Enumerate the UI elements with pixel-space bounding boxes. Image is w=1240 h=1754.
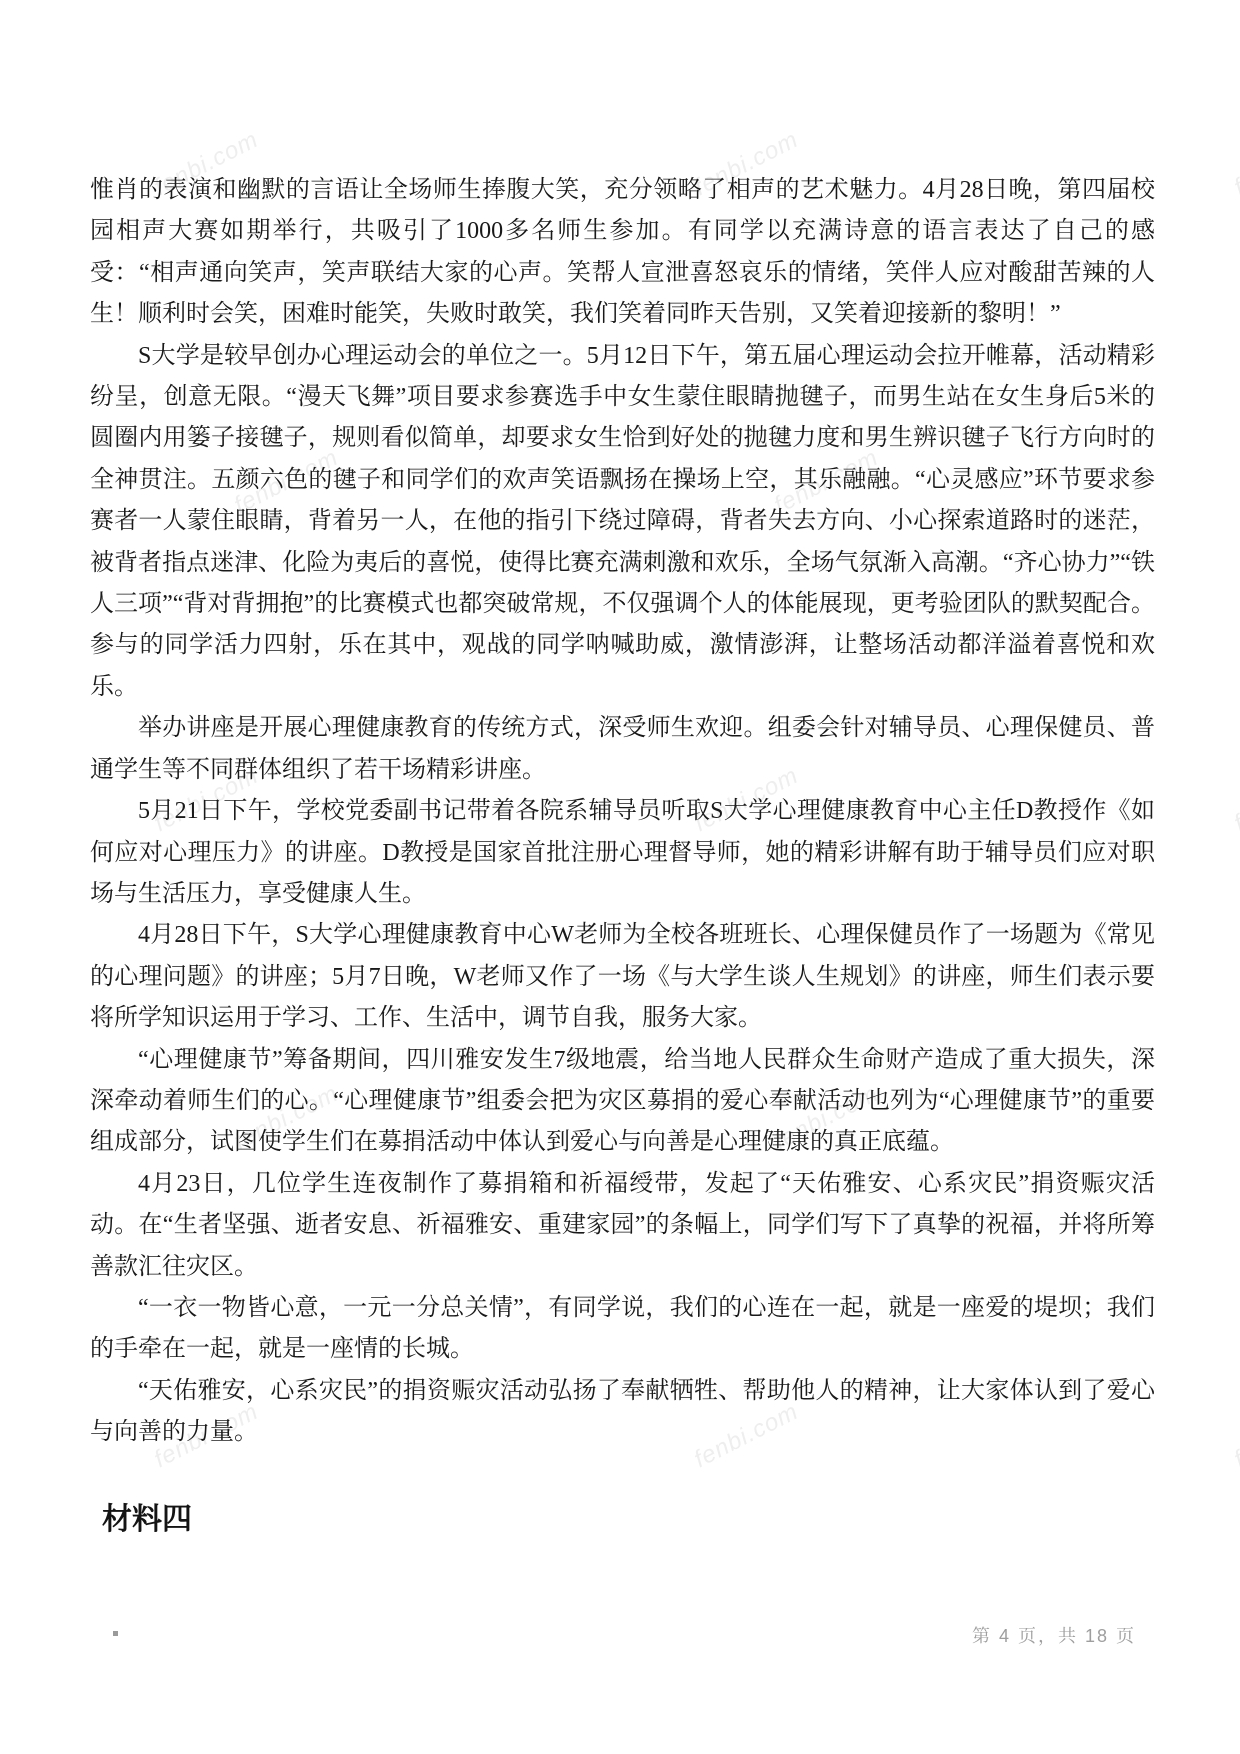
paragraph: 举办讲座是开展心理健康教育的传统方式，深受师生欢迎。组委会针对辅导员、心理保健员… <box>90 708 1155 791</box>
paragraph: 5月21日下午，学校党委副书记带着各院系辅导员听取S大学心理健康教育中心主任D教… <box>90 791 1155 915</box>
watermark-text: fenbi.com <box>1230 1398 1240 1474</box>
paragraph: “天佑雅安，心系灾民”的捐资赈灾活动弘扬了奉献牺牲、帮助他人的精神，让大家体认到… <box>90 1371 1155 1454</box>
page-number: 第 4 页，共 18 页 <box>972 1622 1136 1648</box>
document-page: fenbi.comfenbi.comfenbi.comfenbi.comfenb… <box>0 0 1240 1754</box>
watermark-text: fenbi.com <box>1230 762 1240 838</box>
paragraph: S大学是较早创办心理运动会的单位之一。5月12日下午，第五届心理运动会拉开帷幕，… <box>90 336 1155 709</box>
watermark-text: fenbi.com <box>1230 126 1240 202</box>
section-heading: 材料四 <box>102 1494 192 1538</box>
paragraph: 惟肖的表演和幽默的言语让全场师生捧腹大笑，充分领略了相声的艺术魅力。4月28日晚… <box>90 170 1155 336</box>
paragraph: “一衣一物皆心意，一元一分总关情”，有同学说，我们的心连在一起，就是一座爱的堤坝… <box>90 1288 1155 1371</box>
document-content: 惟肖的表演和幽默的言语让全场师生捧腹大笑，充分领略了相声的艺术魅力。4月28日晚… <box>90 170 1155 1454</box>
paragraph: 4月28日下午，S大学心理健康教育中心W老师为全校各班班长、心理保健员作了一场题… <box>90 915 1155 1039</box>
stray-mark <box>113 1631 118 1636</box>
paragraph: “心理健康节”筹备期间，四川雅安发生7级地震，给当地人民群众生命财产造成了重大损… <box>90 1040 1155 1164</box>
paragraph: 4月23日，几位学生连夜制作了募捐箱和祈福绶带，发起了“天佑雅安、心系灾民”捐资… <box>90 1164 1155 1288</box>
